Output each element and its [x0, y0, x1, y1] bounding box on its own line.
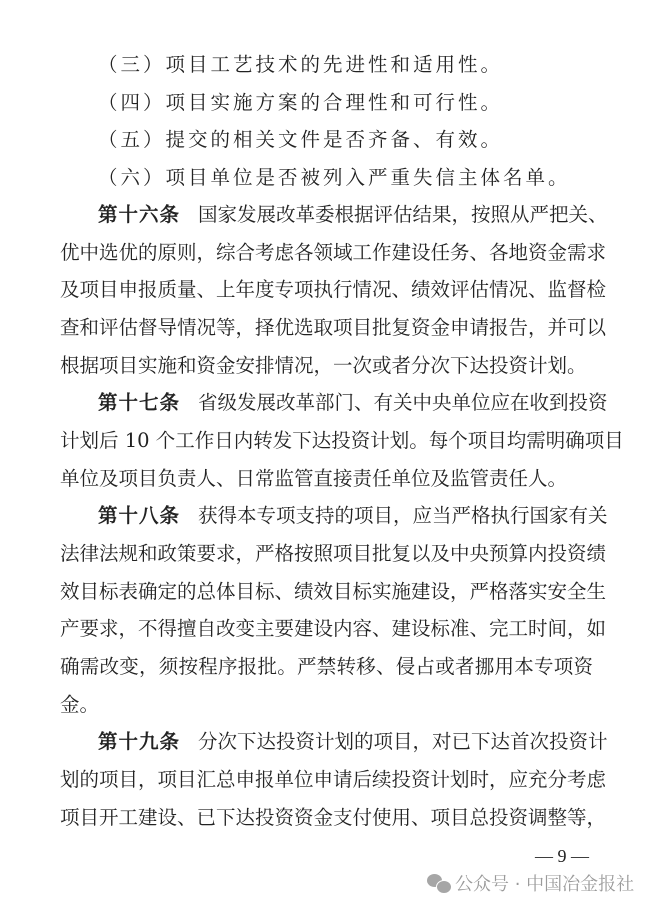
article-17-first-line: 第十七条省级发展改革部门、有关中央单位应在收到投资: [98, 390, 593, 416]
paragraph-text: 分次下达投资计划的项目，对已下达首次投资计: [198, 730, 608, 753]
article-label: 第十九条: [98, 730, 180, 753]
wechat-icon: [427, 873, 451, 893]
watermark-text: 公众号 · 中国冶金报社: [455, 870, 634, 896]
paragraph-line: 根据项目实施和资金安排情况，一次或者分次下达投资计划。: [60, 353, 593, 379]
paragraph-line: 及项目申报质量、上年度专项执行情况、绩效评估情况、监督检: [60, 277, 593, 303]
article-18-first-line: 第十八条获得本专项支持的项目，应当严格执行国家有关: [98, 503, 593, 529]
paragraph-line: 计划后 10 个工作日内转发下达投资计划。每个项目均需明确项目: [60, 428, 593, 454]
article-label: 第十七条: [98, 391, 180, 414]
article-16-first-line: 第十六条国家发展改革委根据评估结果，按照从严把关、: [98, 202, 593, 228]
article-19-first-line: 第十九条分次下达投资计划的项目，对已下达首次投资计: [98, 729, 593, 755]
paragraph-line: 划的项目，项目汇总申报单位申请后续投资计划时，应充分考虑: [60, 767, 593, 793]
paragraph-line: 效目标表确定的总体目标、绩效目标实施建设，严格落实安全生: [60, 579, 593, 605]
document-page: （三）项目工艺技术的先进性和适用性。 （四）项目实施方案的合理性和可行性。 （五…: [0, 0, 660, 911]
watermark: 公众号 · 中国冶金报社: [427, 870, 634, 896]
list-item: （三）项目工艺技术的先进性和适用性。: [98, 52, 503, 78]
article-label: 第十八条: [98, 504, 180, 527]
paragraph-text: 获得本专项支持的项目，应当严格执行国家有关: [198, 504, 608, 527]
article-label: 第十六条: [98, 203, 180, 226]
list-item: （五）提交的相关文件是否齐备、有效。: [98, 127, 503, 153]
paragraph-line: 项目开工建设、已下达投资资金支付使用、项目总投资调整等，: [60, 805, 593, 831]
paragraph-line: 单位及项目负责人、日常监管直接责任单位及监管责任人。: [60, 466, 593, 492]
paragraph-line: 确需改变，须按程序报批。严禁转移、侵占或者挪用本专项资: [60, 654, 593, 680]
paragraph-line: 产要求，不得擅自改变主要建设内容、建设标准、完工时间，如: [60, 616, 593, 642]
paragraph-line: 法律法规和政策要求，严格按照项目批复以及中央预算内投资绩: [60, 541, 593, 567]
paragraph-line: 优中选优的原则，综合考虑各领域工作建设任务、各地资金需求: [60, 240, 593, 266]
paragraph-text: 国家发展改革委根据评估结果，按照从严把关、: [198, 203, 608, 226]
paragraph-text: 省级发展改革部门、有关中央单位应在收到投资: [198, 391, 608, 414]
paragraph-line: 金。: [60, 692, 593, 718]
paragraph-line: 查和评估督导情况等，择优选取项目批复资金申请报告，并可以: [60, 315, 593, 341]
page-number: — 9 —: [535, 846, 589, 867]
list-item: （四）项目实施方案的合理性和可行性。: [98, 90, 503, 116]
list-item: （六）项目单位是否被列入严重失信主体名单。: [98, 165, 571, 191]
